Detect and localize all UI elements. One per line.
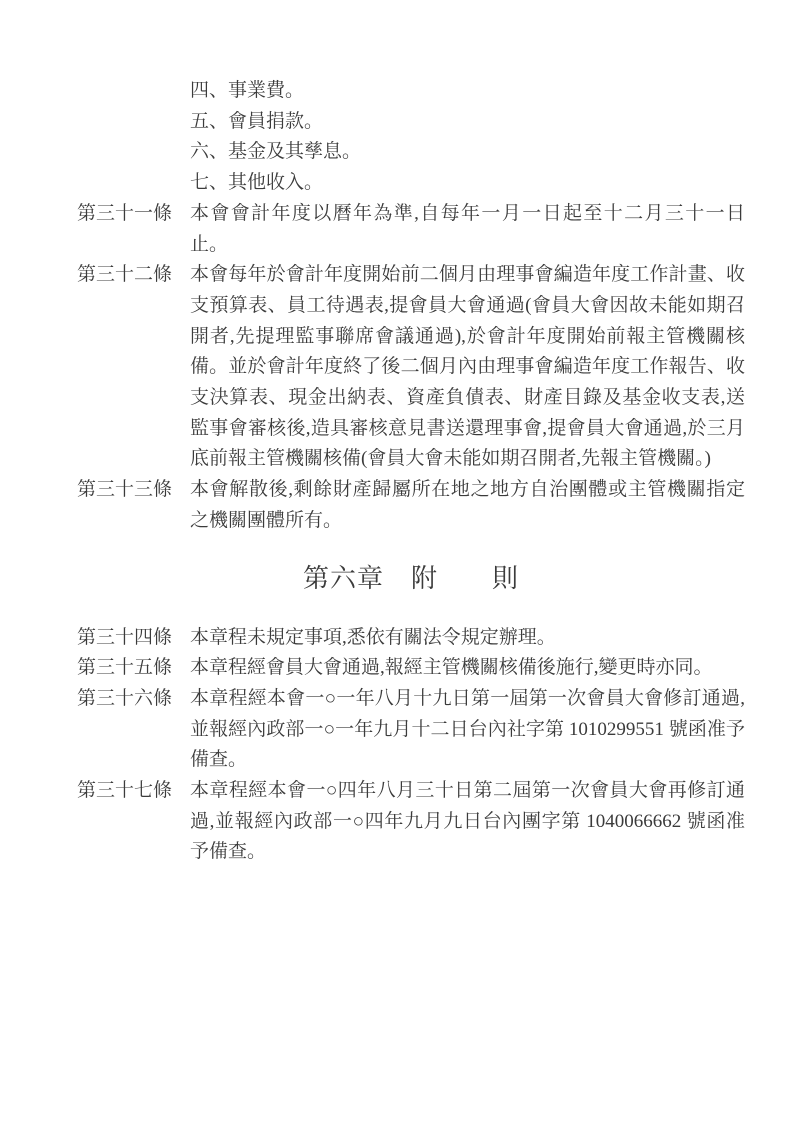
article-35: 第三十五條 本章程經會員大會通過,報經主管機關核備後施行,變更時亦同。 xyxy=(77,653,745,684)
article-number: 第三十六條 xyxy=(77,684,190,715)
article-text: 本章程未規定事項,悉依有關法令規定辦理。 xyxy=(190,623,745,654)
article-text: 本會會計年度以曆年為準,自每年一月一日起至十二月三十一日止。 xyxy=(190,199,745,260)
chapter-heading: 第六章 附 則 xyxy=(77,559,745,599)
article-number: 第三十五條 xyxy=(77,653,190,684)
article-text: 本章程經會員大會通過,報經主管機關核備後施行,變更時亦同。 xyxy=(190,653,745,684)
article-number: 第三十四條 xyxy=(77,623,190,654)
income-item-4: 四、事業費。 xyxy=(190,76,745,107)
income-item-6: 六、基金及其孳息。 xyxy=(190,137,745,168)
article-33: 第三十三條 本會解散後,剩餘財產歸屬所在地之地方自治團體或主管機關指定之機關團體… xyxy=(77,475,745,536)
article-number: 第三十七條 xyxy=(77,776,190,807)
article-text: 本章程經本會一○一年八月十九日第一屆第一次會員大會修訂通過,並報經內政部一○一年… xyxy=(190,684,745,776)
article-text: 本會解散後,剩餘財產歸屬所在地之地方自治團體或主管機關指定之機關團體所有。 xyxy=(190,475,745,536)
article-37: 第三十七條 本章程經本會一○四年八月三十日第二屆第一次會員大會再修訂通過,並報經… xyxy=(77,776,745,868)
income-items-list: 四、事業費。 五、會員捐款。 六、基金及其孳息。 七、其他收入。 xyxy=(190,76,745,199)
article-31: 第三十一條 本會會計年度以曆年為準,自每年一月一日起至十二月三十一日止。 xyxy=(77,199,745,260)
article-text: 本會每年於會計年度開始前二個月由理事會編造年度工作計畫、收支預算表、員工待遇表,… xyxy=(190,260,745,475)
document-page: 四、事業費。 五、會員捐款。 六、基金及其孳息。 七、其他收入。 第三十一條 本… xyxy=(0,0,800,1132)
article-text: 本章程經本會一○四年八月三十日第二屆第一次會員大會再修訂通過,並報經內政部一○四… xyxy=(190,776,745,868)
income-item-5: 五、會員捐款。 xyxy=(190,107,745,138)
article-36: 第三十六條 本章程經本會一○一年八月十九日第一屆第一次會員大會修訂通過,並報經內… xyxy=(77,684,745,776)
article-number: 第三十三條 xyxy=(77,475,190,506)
income-item-7: 七、其他收入。 xyxy=(190,168,745,199)
article-number: 第三十二條 xyxy=(77,260,190,291)
article-34: 第三十四條 本章程未規定事項,悉依有關法令規定辦理。 xyxy=(77,623,745,654)
document-content: 四、事業費。 五、會員捐款。 六、基金及其孳息。 七、其他收入。 第三十一條 本… xyxy=(77,76,745,868)
article-32: 第三十二條 本會每年於會計年度開始前二個月由理事會編造年度工作計畫、收支預算表、… xyxy=(77,260,745,475)
article-number: 第三十一條 xyxy=(77,199,190,230)
